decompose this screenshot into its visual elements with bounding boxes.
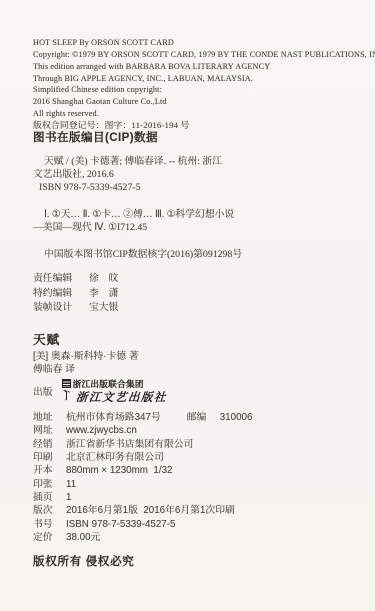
copyright-line: This edition arranged with BARBARA BOVA … xyxy=(33,61,375,73)
detail-value: 11 xyxy=(66,479,76,490)
copyright-line: 2016 Shanghai Gaotan Culture Co.,Ltd xyxy=(33,96,375,108)
staff-row: 装帧设计宝大银 xyxy=(33,301,118,316)
cip-heading: 图书在版编目(CIP)数据 xyxy=(33,129,158,145)
detail-value: 2016年6月第1版 2016年6月第1次印刷 xyxy=(66,505,235,516)
english-copyright-block: HOT SLEEP By ORSON SCOTT CARD Copyright:… xyxy=(33,37,375,132)
detail-value: 浙江省新华书店集团有限公司 xyxy=(66,439,193,450)
detail-value: ISBN 978-7-5339-4527-5 xyxy=(66,519,175,530)
detail-label: 经销 xyxy=(33,438,57,451)
publisher-block: 出版 浙江出版联合集团 浙江文艺出版社 xyxy=(33,378,167,403)
publishing-group-row: 浙江出版联合集团 xyxy=(62,378,167,389)
cip-body: 天赋 / (美) 卡德著; 傅临春译. -- 杭州: 浙江 文艺出版社, 201… xyxy=(33,155,242,261)
detail-label: 开本 xyxy=(33,464,57,477)
detail-label: 网址 xyxy=(33,424,57,437)
copyright-notice: 版权所有 侵权必究 xyxy=(33,553,134,569)
staff-role: 责任编辑 xyxy=(33,272,79,287)
publish-label: 出版 xyxy=(33,384,53,398)
staff-role: 特约编辑 xyxy=(33,287,79,302)
staff-role: 装帧设计 xyxy=(33,301,79,316)
publisher-logos: 浙江出版联合集团 浙江文艺出版社 xyxy=(62,378,167,403)
colophon-page: HOT SLEEP By ORSON SCOTT CARD Copyright:… xyxy=(0,0,375,611)
cip-classification-line: Ⅰ. ①天… Ⅱ. ①卡… ②傅… Ⅲ. ①科学幻想小说 xyxy=(33,208,242,221)
detail-row-format: 开本880mm × 1230mm 1/32 xyxy=(33,464,252,477)
spacer xyxy=(33,234,242,248)
cip-isbn-line: ISBN 978-7-5339-4527-5 xyxy=(33,181,242,194)
detail-label: 印刷 xyxy=(33,451,57,464)
zip-label: 邮编 xyxy=(187,411,211,424)
detail-row-edition: 版次2016年6月第1版 2016年6月第1次印刷 xyxy=(33,504,252,517)
press-name-calligraphy: 浙江文艺出版社 xyxy=(75,389,167,405)
detail-row-isbn: 书号ISBN 978-7-5339-4527-5 xyxy=(33,518,252,531)
staff-name: 宝大银 xyxy=(89,301,118,316)
book-translator: 傅临春 译 xyxy=(33,364,139,377)
press-row: 浙江文艺出版社 xyxy=(62,390,167,403)
copyright-line: Simplified Chinese edition copyright: xyxy=(33,84,375,96)
publication-details: 地址杭州市体育场路347号邮编310006 网址www.zjwycbs.cn 经… xyxy=(33,411,252,544)
detail-label: 印张 xyxy=(33,478,57,491)
detail-value: 38.00元 xyxy=(66,532,100,543)
publishing-group-name: 浙江出版联合集团 xyxy=(73,378,144,390)
staff-name: 李 潇 xyxy=(89,287,118,302)
staff-row: 责任编辑徐 旼 xyxy=(33,272,118,287)
cip-record-line: 中国版本图书馆CIP数据核字(2016)第091298号 xyxy=(33,248,242,261)
book-title: 天赋 xyxy=(33,333,139,348)
cip-press-line: 文艺出版社, 2016.6 xyxy=(33,168,242,181)
detail-label: 书号 xyxy=(33,518,57,531)
copyright-line: Through BIG APPLE AGENCY, INC., LABUAN, … xyxy=(33,73,375,85)
detail-label: 版次 xyxy=(33,504,57,517)
detail-row-inserts: 插页1 xyxy=(33,491,252,504)
copyright-line: All rights reserved. xyxy=(33,108,375,120)
detail-label: 地址 xyxy=(33,411,57,424)
book-author: [美] 奥森·斯科特·卡德 著 xyxy=(33,351,139,364)
copyright-line: HOT SLEEP By ORSON SCOTT CARD xyxy=(33,37,375,49)
detail-value: 1 xyxy=(66,492,71,503)
detail-value: 北京汇林印务有限公司 xyxy=(66,452,164,463)
press-bird-logo-icon xyxy=(62,388,74,406)
copyright-line: Copyright: ©1979 BY ORSON SCOTT CARD, 19… xyxy=(33,49,375,61)
book-title-block: 天赋 [美] 奥森·斯科特·卡德 著 傅临春 译 xyxy=(33,333,139,377)
cip-title-line: 天赋 / (美) 卡德著; 傅临春译. -- 杭州: 浙江 xyxy=(33,155,242,168)
detail-label: 定价 xyxy=(33,531,57,544)
detail-value: 杭州市体育场路347号 xyxy=(66,412,161,423)
detail-row-price: 定价38.00元 xyxy=(33,531,252,544)
detail-row-website: 网址www.zjwycbs.cn xyxy=(33,424,252,437)
detail-label: 插页 xyxy=(33,491,57,504)
spacer xyxy=(33,194,242,208)
staff-credits: 责任编辑徐 旼 特约编辑李 潇 装帧设计宝大银 xyxy=(33,272,118,316)
staff-row: 特约编辑李 潇 xyxy=(33,287,118,302)
detail-value: www.zjwycbs.cn xyxy=(66,425,137,436)
zip-value: 310006 xyxy=(220,412,253,423)
detail-value: 880mm × 1230mm 1/32 xyxy=(66,465,172,476)
detail-row-distributor: 经销浙江省新华书店集团有限公司 xyxy=(33,438,252,451)
detail-row-printer: 印刷北京汇林印务有限公司 xyxy=(33,451,252,464)
detail-row-sheets: 印张11 xyxy=(33,478,252,491)
cip-classification-line: —美国—现代 Ⅳ. ①I712.45 xyxy=(33,221,242,234)
detail-row-address: 地址杭州市体育场路347号邮编310006 xyxy=(33,411,252,424)
staff-name: 徐 旼 xyxy=(89,272,118,287)
